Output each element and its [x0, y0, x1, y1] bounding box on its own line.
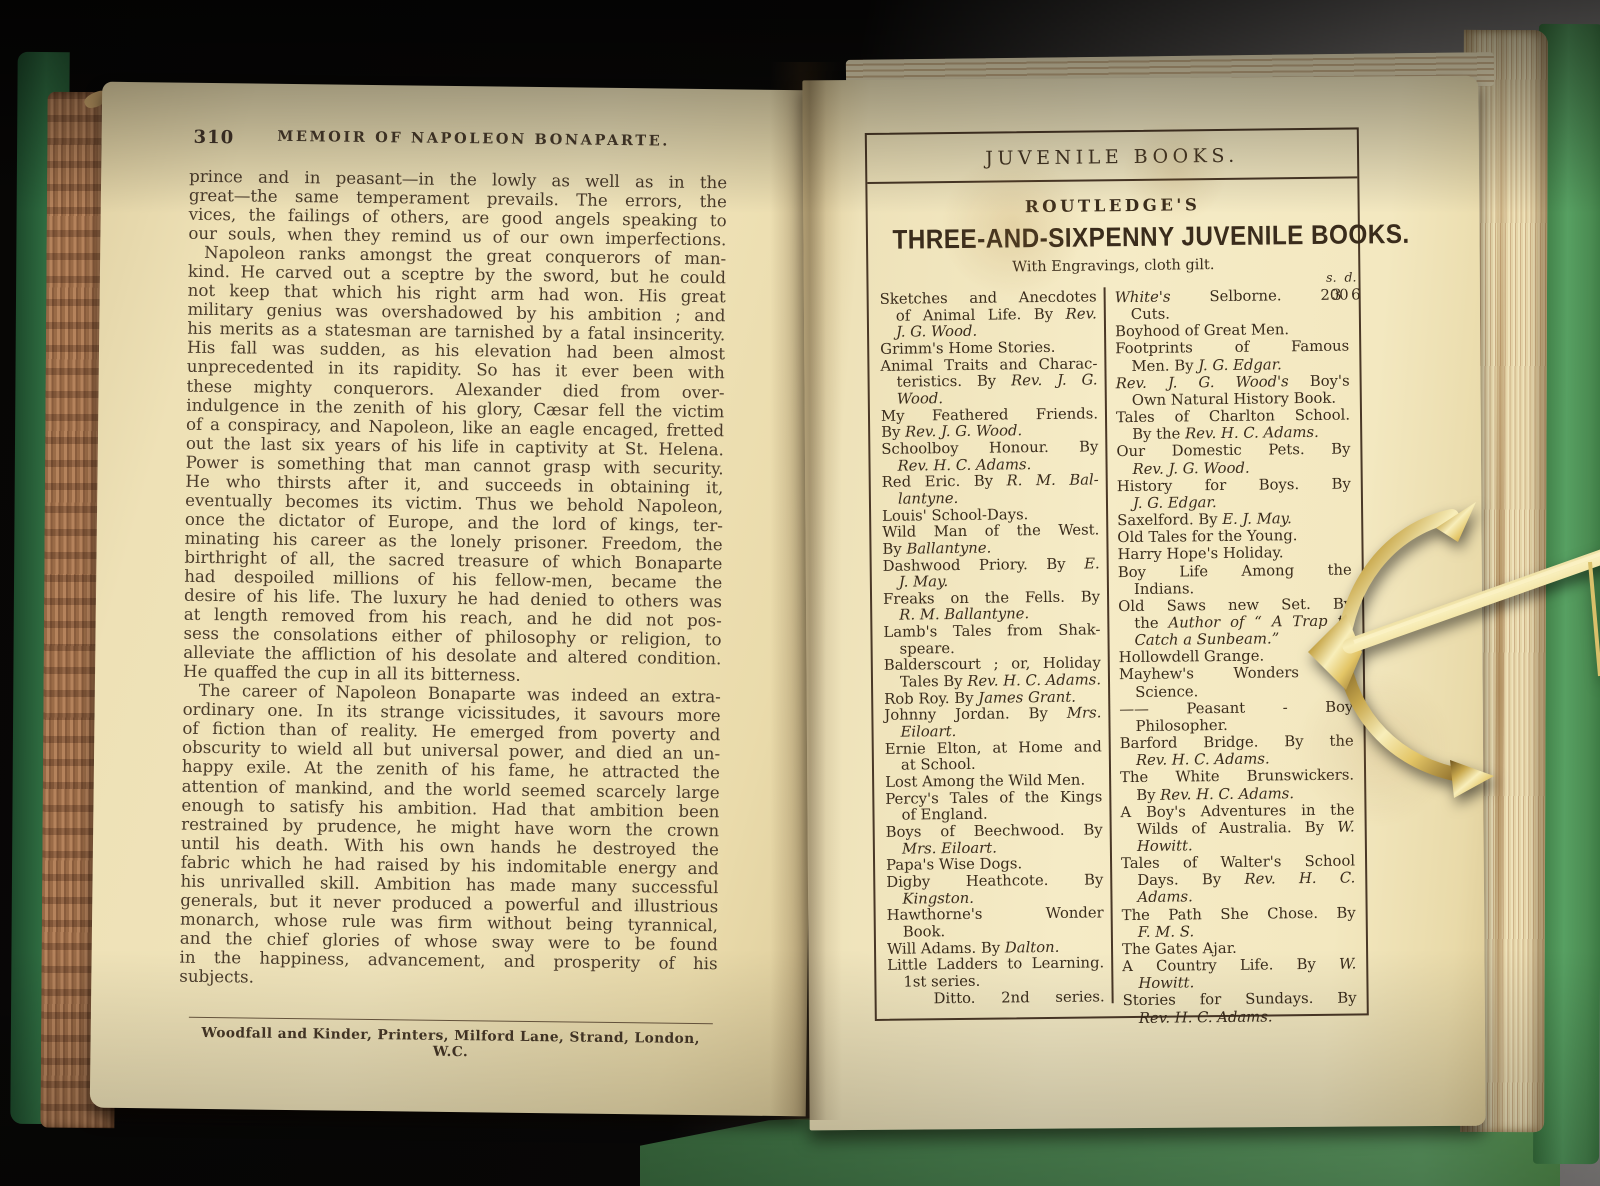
body-text: prince and in peasant—in the lowly as we… — [179, 167, 727, 993]
text-line: Ditto. 2nd series. — [888, 989, 1105, 1008]
printer-imprint: Woodfall and Kinder, Printers, Milford L… — [188, 1017, 712, 1063]
anchor-icon — [1308, 502, 1600, 798]
text-line: Rev. H. C. Adams. — [1123, 1007, 1357, 1027]
publisher-name: ROUTLEDGE'S — [868, 193, 1358, 218]
price-column-header: s. d. — [1326, 269, 1356, 284]
advertisement-border-box: JUVENILE BOOKS. ROUTLEDGE'S THREE-AND-SI… — [865, 127, 1369, 1021]
book-list-column-left: Sketches and Anecdotesof Animal Life. By… — [869, 287, 1112, 1006]
ad-headline: THREE-AND-SIXPENNY JUVENILE BOOKS. — [892, 220, 1333, 256]
ad-subtitle: With Engravings, cloth gilt. — [868, 255, 1358, 277]
page-header: 310 MEMOIR OF NAPOLEON BONAPARTE. — [189, 127, 727, 160]
price-value: 3 6 — [1332, 286, 1361, 303]
book-list-columns: Sketches and Anecdotesof Animal Life. By… — [869, 284, 1367, 1006]
brass-anchor-page-clip — [1302, 466, 1600, 802]
running-title: MEMOIR OF NAPOLEON BONAPARTE. — [190, 127, 728, 151]
header-rule — [867, 176, 1357, 184]
book-photo: 310 MEMOIR OF NAPOLEON BONAPARTE. prince… — [0, 0, 1600, 1186]
page-number: 310 — [193, 127, 234, 148]
ad-page-header: JUVENILE BOOKS. — [867, 143, 1357, 171]
left-page: 310 MEMOIR OF NAPOLEON BONAPARTE. prince… — [90, 82, 818, 1117]
